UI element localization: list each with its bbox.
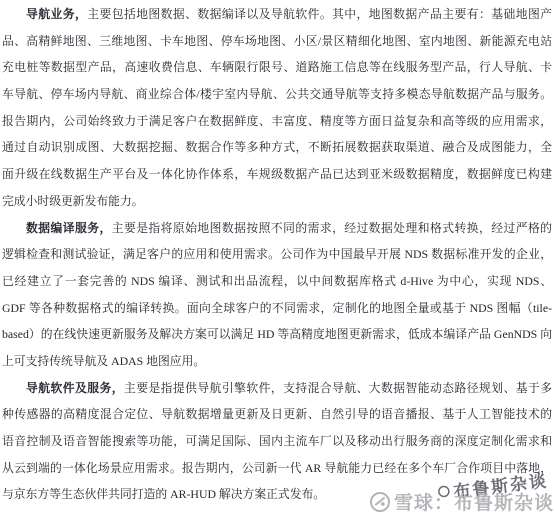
text-line: 车导航、停车场内导航、商业综合体/楼宇室内导航、公共交通导航等支持多模态导航数据… <box>2 81 552 108</box>
text-line: 已经建立了一套完善的 NDS 编译、测试和出品流程，以中间数据库格式 d-Hiv… <box>2 268 552 295</box>
text-line: 数据编译服务，主要是指将原始地图数据按照不同的需求，经过数据处理和格式转换，经过… <box>2 215 552 242</box>
paragraph-lead-bold: 数据编译服务， <box>26 221 112 235</box>
xueqiu-watermark: 雪球：布鲁斯杂谈 <box>369 488 554 512</box>
text-line: 面升级在线数据生产平台及一体化协作体系，车规级数据产品已达到亚米级数据精度，数据… <box>2 161 552 188</box>
text-line: 品、高精鲜地图、三维地图、卡车地图、停车场地图、小区/景区精细化地图、室内地图、… <box>2 28 552 55</box>
text-line: 报告期内，公司始终致力于满足客户在数据鲜度、丰富度、精度等方面日益复杂和高等级的… <box>2 108 552 135</box>
paragraph-lead-bold: 导航业务， <box>26 7 87 21</box>
text-line: 逻辑检查和测试验证，满足客户的应用和使用需求。公司作为中国最早开展 NDS 数据… <box>2 241 552 268</box>
text-line: 种传感器的高精度混合定位、导航数据增量更新及日更新、自然引导的语音播报、基于人工… <box>2 401 552 428</box>
text-line: 通过自动识别成图、大数据挖掘、数据合作等多种方式，不断拓展数据获取渠道、融合及成… <box>2 134 552 161</box>
text-line: 完成小时级更新发布能力。 <box>2 188 552 215</box>
text-line: 导航业务，主要包括地图数据、数据编译以及导航软件。其中，地图数据产品主要有：基础… <box>2 1 552 28</box>
xueqiu-logo-icon <box>369 491 391 512</box>
text-line: 导航软件及服务，主要是指提供导航引擎软件，支持混合导航、大数据智能动态路径规划、… <box>2 375 552 402</box>
watermark-label: 雪球：布鲁斯杂谈 <box>394 488 554 512</box>
document-body: 导航业务，主要包括地图数据、数据编译以及导航软件。其中，地图数据产品主要有：基础… <box>2 0 552 508</box>
text-line: GDF 等各种数据格式的编译转换。面向全球客户的不同需求，定制化的地图全量或基于… <box>2 295 552 322</box>
text-line: 上可支持传统导航及 ADAS 地图应用。 <box>2 348 552 375</box>
paragraph-lead-bold: 导航软件及服务， <box>26 381 124 395</box>
text-line: 充电桩等数据型产品，高速收费信息、车辆限行限号、道路施工信息等在线服务型产品，行… <box>2 54 552 81</box>
text-line: based）的在线快速更新服务及解决方案可以满足 HD 等高精度地图更新需求，低… <box>2 321 552 348</box>
text-line: 语音控制及语音智能搜索等功能，可满足国际、国内主流车厂以及移动出行服务商的深度定… <box>2 428 552 455</box>
